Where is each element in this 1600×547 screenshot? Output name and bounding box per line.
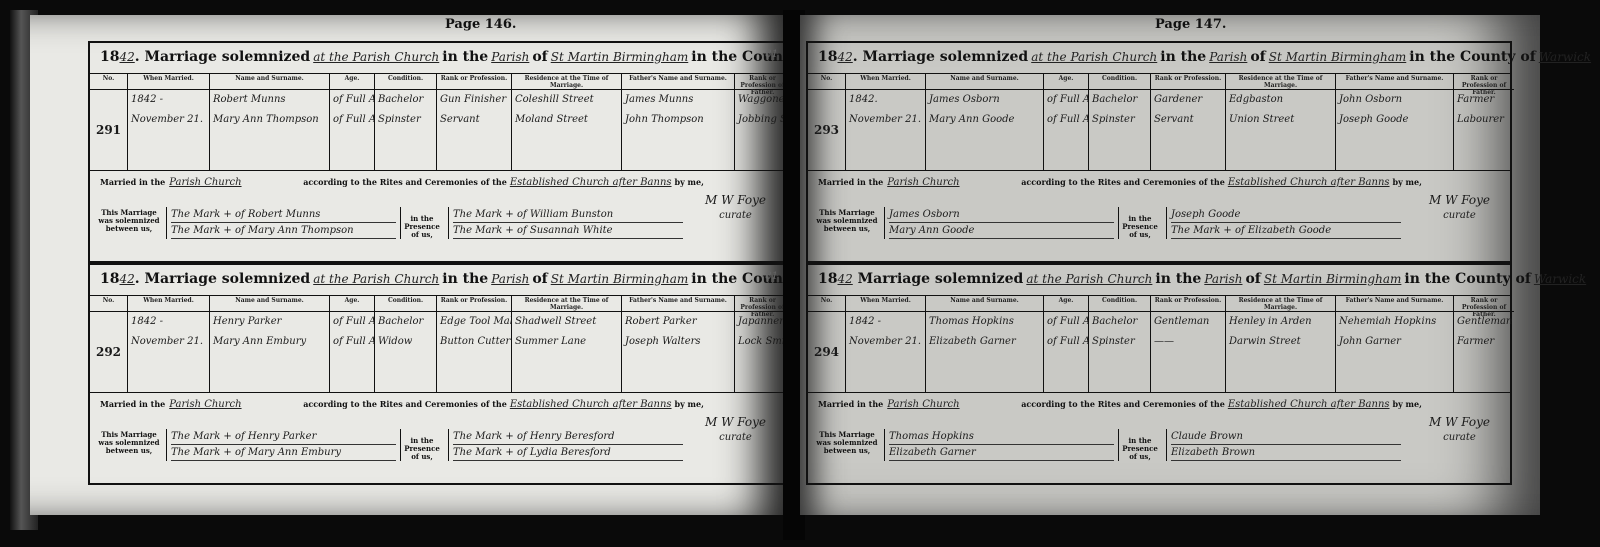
cell-value: Bachelor	[1089, 312, 1150, 332]
entry-title: 1842. Marriage solemnizedat the Parish C…	[818, 49, 1594, 65]
page-number: Page 147.	[1155, 17, 1226, 32]
column-header: Rank or Profession of Father.	[1454, 74, 1514, 90]
county-label: in the County	[691, 49, 797, 65]
of-label: of	[1520, 49, 1535, 65]
cell-value: Gun Finisher	[437, 90, 511, 110]
officiant-signature: M W Foyecurate	[1429, 415, 1490, 443]
cell-value: Gardener	[1151, 90, 1225, 110]
party-signature: Thomas Hopkins	[889, 429, 1114, 445]
column-header: No.	[808, 74, 845, 90]
column-header: No.	[90, 296, 127, 312]
register-column: When Married.1842.November 21.	[846, 74, 926, 170]
register-column: Residence at the Time of Marriage.Edgbas…	[1226, 74, 1336, 170]
presence-label: in the Presence of us,	[1120, 215, 1160, 239]
of-label: of	[1250, 49, 1265, 65]
cell-value: Robert Parker	[622, 312, 734, 332]
married-in-label: Married in the	[100, 177, 165, 187]
column-header: When Married.	[846, 74, 925, 90]
register-page-right: Page 147. 1842. Marriage solemnizedat th…	[800, 15, 1540, 515]
entry-title: 1842. Marriage solemnizedat the Parish C…	[100, 271, 876, 287]
place-value: at the Parish Church	[313, 272, 439, 286]
officiant-title: curate	[1429, 432, 1490, 443]
column-header: Rank or Profession of Father.	[735, 296, 790, 312]
column-header: When Married.	[128, 74, 209, 90]
page-number: Page 146.	[445, 17, 516, 32]
officiant-name: M W Foye	[705, 415, 766, 429]
place-value: at the Parish Church	[313, 50, 439, 64]
witness-signature: The Mark + of Lydia Beresford	[453, 445, 683, 461]
rites-label: according to the Rites and Ceremonies of…	[303, 177, 507, 187]
register-column: Father's Name and Surname.Nehemiah Hopki…	[1336, 296, 1454, 392]
register-column: Rank or Profession.GardenerServant	[1151, 74, 1226, 170]
party-signature: James Osborn	[889, 207, 1114, 223]
cell-value: Bachelor	[375, 312, 436, 332]
register-column: Age.of Full Ageof Full Age	[330, 74, 375, 170]
cell-value: Jobbing Smith	[735, 110, 790, 130]
officiant-title: curate	[705, 210, 766, 221]
column-header: Name and Surname.	[210, 74, 329, 90]
register-table: No.291When Married.1842 -November 21.Nam…	[90, 73, 786, 171]
year-prefix: 18	[818, 49, 837, 65]
officiant-name: M W Foye	[1429, 415, 1490, 429]
column-header: Father's Name and Surname.	[1336, 74, 1453, 90]
column-header: Age.	[330, 296, 374, 312]
margin-note: 81	[765, 271, 778, 282]
register-column: Residence at the Time of Marriage.Colesh…	[512, 74, 622, 170]
cell-value: of Full Age	[1044, 110, 1088, 130]
year-suffix: 42	[119, 272, 134, 286]
register-column: Condition.BachelorSpinster	[1089, 74, 1151, 170]
register-column: No.291	[90, 74, 128, 170]
married-in-value: Parish Church	[887, 177, 1017, 188]
married-in-label: Married in the	[100, 399, 165, 409]
officiant-signature: M W Foyecurate	[705, 415, 766, 443]
cell-value: November 21.	[846, 332, 925, 352]
column-header: Residence at the Time of Marriage.	[512, 74, 621, 90]
cell-value: Farmer	[1454, 90, 1514, 110]
party-signatures: Thomas HopkinsElizabeth Garner	[884, 429, 1119, 461]
register-column: No.293	[808, 74, 846, 170]
witness-signature: Joseph Goode	[1171, 207, 1401, 223]
by-me-label: by me,	[675, 177, 704, 187]
register-column: Name and Surname.James OsbornMary Ann Go…	[926, 74, 1044, 170]
parish-name: St Martin Birmingham	[1269, 50, 1407, 64]
cell-value: Spinster	[375, 110, 436, 130]
column-header: Residence at the Time of Marriage.	[1226, 296, 1335, 312]
cell-value: Edgbaston	[1226, 90, 1335, 110]
parish-word: Parish	[491, 272, 529, 286]
register-table: No.292When Married.1842 -November 21.Nam…	[90, 295, 786, 393]
party-signatures: The Mark + of Henry ParkerThe Mark + of …	[166, 429, 401, 461]
cell-value: Moland Street	[512, 110, 621, 130]
in-the-label: in the	[442, 49, 488, 65]
year-prefix: 18	[100, 49, 119, 65]
married-in-line: Married in theParish Churchaccording to …	[100, 177, 704, 188]
cell-value: Thomas Hopkins	[926, 312, 1043, 332]
rites-value: Established Church after Banns	[510, 399, 672, 410]
column-header: When Married.	[846, 296, 925, 312]
register-column: Father's Name and Surname.John OsbornJos…	[1336, 74, 1454, 170]
cell-value: 1842 -	[128, 312, 209, 332]
cell-value: Widow	[375, 332, 436, 352]
register-column: Condition.BachelorSpinster	[1089, 296, 1151, 392]
cell-value: of Full Age	[330, 90, 374, 110]
cell-value: Nehemiah Hopkins	[1336, 312, 1453, 332]
cell-value: Henry Parker	[210, 312, 329, 332]
cell-value: Spinster	[1089, 110, 1150, 130]
place-value: at the Parish Church	[1026, 272, 1152, 286]
rites-label: according to the Rites and Ceremonies of…	[303, 399, 507, 409]
cell-value: Coleshill Street	[512, 90, 621, 110]
cell-value: Labourer	[1454, 110, 1514, 130]
entry-number: 294	[808, 312, 845, 362]
rites-label: according to the Rites and Ceremonies of…	[1021, 177, 1225, 187]
cell-value: ——	[1151, 332, 1225, 352]
year-suffix: 42	[119, 50, 134, 64]
year-suffix: 42	[837, 272, 852, 286]
parish-name: St Martin Birmingham	[551, 272, 689, 286]
cell-value: Servant	[1151, 110, 1225, 130]
solemnized-between-label: This Marriage was solemnized between us,	[816, 431, 878, 455]
cell-value: Robert Munns	[210, 90, 329, 110]
witness-signature: Elizabeth Brown	[1171, 445, 1401, 461]
presence-label: in the Presence of us,	[402, 215, 442, 239]
cell-value: Spinster	[1089, 332, 1150, 352]
officiant-signature: M W Foyecurate	[1429, 193, 1490, 221]
presence-label: in the Presence of us,	[402, 437, 442, 461]
cell-value: Henley in Arden	[1226, 312, 1335, 332]
cell-value: November 21.	[128, 110, 209, 130]
register-column: Rank or Profession.Edge Tool MakerButton…	[437, 296, 512, 392]
register-column: Condition.BachelorWidow	[375, 296, 437, 392]
entry-title: 1842. Marriage solemnizedat the Parish C…	[100, 49, 876, 65]
register-column: Rank or Profession of Father.JapannerLoc…	[735, 296, 790, 392]
column-header: Name and Surname.	[926, 74, 1043, 90]
cell-value: Waggoner	[735, 90, 790, 110]
rites-value: Established Church after Banns	[510, 177, 672, 188]
in-the-label: in the	[442, 271, 488, 287]
marriage-entry: 1842. Marriage solemnizedat the Parish C…	[806, 41, 1512, 263]
of-label: of	[532, 271, 547, 287]
column-header: Residence at the Time of Marriage.	[512, 296, 621, 312]
register-column: Age.of Full Ageof Full Age	[1044, 74, 1089, 170]
of-label: of	[532, 49, 547, 65]
column-header: Age.	[1044, 74, 1088, 90]
party-signature: The Mark + of Robert Munns	[171, 207, 396, 223]
officiant-title: curate	[1429, 210, 1490, 221]
cell-value: Union Street	[1226, 110, 1335, 130]
place-value: at the Parish Church	[1031, 50, 1157, 64]
cell-value: of Full Age	[330, 110, 374, 130]
married-in-line: Married in theParish Churchaccording to …	[818, 399, 1422, 410]
witness-signature: The Mark + of Elizabeth Goode	[1171, 223, 1401, 239]
register-column: Rank or Profession of Father.FarmerLabou…	[1454, 74, 1514, 170]
cell-value: Gentleman	[1454, 312, 1514, 332]
cell-value: 1842.	[846, 90, 925, 110]
year-prefix: 18	[100, 271, 119, 287]
rites-label: according to the Rites and Ceremonies of…	[1021, 399, 1225, 409]
officiant-signature: M W Foyecurate	[705, 193, 766, 221]
officiant-name: M W Foye	[705, 193, 766, 207]
party-signatures: James OsbornMary Ann Goode	[884, 207, 1119, 239]
register-column: No.292	[90, 296, 128, 392]
county-label: in the County	[691, 271, 797, 287]
register-column: Age.of Full Ageof Full Age	[1044, 296, 1089, 392]
year-prefix: 18	[818, 271, 837, 287]
cell-value: Mary Ann Embury	[210, 332, 329, 352]
column-header: Father's Name and Surname.	[1336, 296, 1453, 312]
column-header: Residence at the Time of Marriage.	[1226, 74, 1335, 90]
cell-value: John Osborn	[1336, 90, 1453, 110]
by-me-label: by me,	[1393, 399, 1422, 409]
column-header: Rank or Profession.	[437, 74, 511, 90]
register-column: Rank or Profession.Gentleman——	[1151, 296, 1226, 392]
column-header: Condition.	[375, 296, 436, 312]
register-column: When Married.1842 -November 21.	[128, 296, 210, 392]
cell-value: 1842 -	[128, 90, 209, 110]
witness-signature: The Mark + of Henry Beresford	[453, 429, 683, 445]
cell-value: Joseph Goode	[1336, 110, 1453, 130]
entry-number: 293	[808, 90, 845, 140]
by-me-label: by me,	[675, 399, 704, 409]
register-column: Residence at the Time of Marriage.Shadwe…	[512, 296, 622, 392]
cell-value: Bachelor	[1089, 90, 1150, 110]
column-header: Condition.	[1089, 74, 1150, 90]
cell-value: 1842 -	[846, 312, 925, 332]
cell-value: of Full Age	[330, 312, 374, 332]
cell-value: Lock Smith	[735, 332, 790, 352]
cell-value: of Full Age	[1044, 90, 1088, 110]
solemnized-between-label: This Marriage was solemnized between us,	[816, 209, 878, 233]
in-the-label: in the	[1160, 49, 1206, 65]
register-table: No.293When Married.1842.November 21.Name…	[808, 73, 1510, 171]
register-table: No.294When Married.1842 -November 21.Nam…	[808, 295, 1510, 393]
cell-value: of Full Age	[1044, 332, 1088, 352]
cell-value: Gentleman	[1151, 312, 1225, 332]
rites-value: Established Church after Banns	[1228, 177, 1390, 188]
register-column: Residence at the Time of Marriage.Henley…	[1226, 296, 1336, 392]
entry-number: 292	[90, 312, 127, 362]
cell-value: Summer Lane	[512, 332, 621, 352]
column-header: Name and Surname.	[210, 296, 329, 312]
column-header: Age.	[1044, 296, 1088, 312]
cell-value: Button Cutter	[437, 332, 511, 352]
cell-value: Shadwell Street	[512, 312, 621, 332]
county-label: in the County	[1404, 271, 1510, 287]
party-signature: Mary Ann Goode	[889, 223, 1114, 239]
column-header: Rank or Profession of Father.	[1454, 296, 1514, 312]
marriage-entry: 1842. Marriage solemnizedat the Parish C…	[88, 41, 788, 263]
register-column: Name and Surname.Thomas HopkinsElizabeth…	[926, 296, 1044, 392]
cell-value: Mary Ann Goode	[926, 110, 1043, 130]
column-header: Rank or Profession.	[1151, 74, 1225, 90]
register-column: Father's Name and Surname.James MunnsJoh…	[622, 74, 735, 170]
column-header: Rank or Profession.	[437, 296, 511, 312]
married-in-label: Married in the	[818, 177, 883, 187]
cell-value: of Full Age	[1044, 312, 1088, 332]
county-name: Warwick	[1534, 272, 1586, 286]
solemnized-label: . Marriage solemnized	[135, 271, 310, 287]
parish-word: Parish	[491, 50, 529, 64]
solemnized-label: . Marriage solemnized	[853, 49, 1028, 65]
solemnized-label: Marriage solemnized	[853, 271, 1024, 287]
of-label: of	[1245, 271, 1260, 287]
register-column: When Married.1842 -November 21.	[128, 74, 210, 170]
cell-value: Joseph Walters	[622, 332, 734, 352]
column-header: Condition.	[1089, 296, 1150, 312]
cell-value: Darwin Street	[1226, 332, 1335, 352]
married-in-label: Married in the	[818, 399, 883, 409]
column-header: Condition.	[375, 74, 436, 90]
cell-value: Mary Ann Thompson	[210, 110, 329, 130]
rites-value: Established Church after Banns	[1228, 399, 1390, 410]
witness-signatures: The Mark + of Henry BeresfordThe Mark + …	[448, 429, 687, 461]
cell-value: Farmer	[1454, 332, 1514, 352]
register-column: When Married.1842 -November 21.	[846, 296, 926, 392]
officiant-name: M W Foye	[1429, 193, 1490, 207]
witness-signatures: Joseph GoodeThe Mark + of Elizabeth Good…	[1166, 207, 1405, 239]
witness-signatures: The Mark + of William BunstonThe Mark + …	[448, 207, 687, 239]
column-header: When Married.	[128, 296, 209, 312]
cell-value: Bachelor	[375, 90, 436, 110]
column-header: Father's Name and Surname.	[622, 74, 734, 90]
cell-value: November 21.	[846, 110, 925, 130]
party-signature: The Mark + of Mary Ann Embury	[171, 445, 396, 461]
parish-word: Parish	[1204, 272, 1242, 286]
parish-name: St Martin Birmingham	[551, 50, 689, 64]
column-header: No.	[808, 296, 845, 312]
column-header: Rank or Profession of Father.	[735, 74, 790, 90]
entry-number: 291	[90, 90, 127, 140]
cell-value: Servant	[437, 110, 511, 130]
party-signature: The Mark + of Mary Ann Thompson	[171, 223, 396, 239]
cell-value: John Garner	[1336, 332, 1453, 352]
entry-title: 1842 Marriage solemnizedat the Parish Ch…	[818, 271, 1589, 287]
solemnized-label: . Marriage solemnized	[135, 49, 310, 65]
cell-value: Japanner	[735, 312, 790, 332]
by-me-label: by me,	[1393, 177, 1422, 187]
cell-value: Elizabeth Garner	[926, 332, 1043, 352]
register-page-left: Page 146. 1842. Marriage solemnizedat th…	[30, 15, 790, 515]
column-header: Age.	[330, 74, 374, 90]
column-header: Father's Name and Surname.	[622, 296, 734, 312]
column-header: Rank or Profession.	[1151, 296, 1225, 312]
marriage-entry: 1842 Marriage solemnizedat the Parish Ch…	[806, 263, 1512, 485]
register-column: Rank or Profession.Gun FinisherServant	[437, 74, 512, 170]
married-in-line: Married in theParish Churchaccording to …	[100, 399, 704, 410]
party-signatures: The Mark + of Robert MunnsThe Mark + of …	[166, 207, 401, 239]
county-label: in the County	[1409, 49, 1515, 65]
witness-signature: The Mark + of Susannah White	[453, 223, 683, 239]
margin-note: 81	[765, 49, 778, 60]
cell-value: of Full Age	[330, 332, 374, 352]
column-header: No.	[90, 74, 127, 90]
in-the-label: in the	[1155, 271, 1201, 287]
marriage-entry: 1842. Marriage solemnizedat the Parish C…	[88, 263, 788, 485]
county-name: Warwick	[1539, 50, 1591, 64]
parish-name: St Martin Birmingham	[1264, 272, 1402, 286]
register-column: Rank or Profession of Father.WaggonerJob…	[735, 74, 790, 170]
register-column: Age.of Full Ageof Full Age	[330, 296, 375, 392]
witness-signature: Claude Brown	[1171, 429, 1401, 445]
cell-value: November 21.	[128, 332, 209, 352]
of-label: of	[1516, 271, 1531, 287]
married-in-value: Parish Church	[169, 177, 299, 188]
cell-value: James Munns	[622, 90, 734, 110]
cell-value: John Thompson	[622, 110, 734, 130]
register-column: Rank or Profession of Father.GentlemanFa…	[1454, 296, 1514, 392]
register-column: No.294	[808, 296, 846, 392]
married-in-value: Parish Church	[887, 399, 1017, 410]
solemnized-between-label: This Marriage was solemnized between us,	[98, 209, 160, 233]
party-signature: The Mark + of Henry Parker	[171, 429, 396, 445]
married-in-value: Parish Church	[169, 399, 299, 410]
party-signature: Elizabeth Garner	[889, 445, 1114, 461]
married-in-line: Married in theParish Churchaccording to …	[818, 177, 1422, 188]
solemnized-between-label: This Marriage was solemnized between us,	[98, 431, 160, 455]
presence-label: in the Presence of us,	[1120, 437, 1160, 461]
parish-word: Parish	[1209, 50, 1247, 64]
cell-value: Edge Tool Maker	[437, 312, 511, 332]
column-header: Name and Surname.	[926, 296, 1043, 312]
year-suffix: 42	[837, 50, 852, 64]
register-column: Condition.BachelorSpinster	[375, 74, 437, 170]
witness-signatures: Claude BrownElizabeth Brown	[1166, 429, 1405, 461]
officiant-title: curate	[705, 432, 766, 443]
witness-signature: The Mark + of William Bunston	[453, 207, 683, 223]
cell-value: James Osborn	[926, 90, 1043, 110]
register-column: Father's Name and Surname.Robert ParkerJ…	[622, 296, 735, 392]
register-column: Name and Surname.Henry ParkerMary Ann Em…	[210, 296, 330, 392]
register-column: Name and Surname.Robert MunnsMary Ann Th…	[210, 74, 330, 170]
